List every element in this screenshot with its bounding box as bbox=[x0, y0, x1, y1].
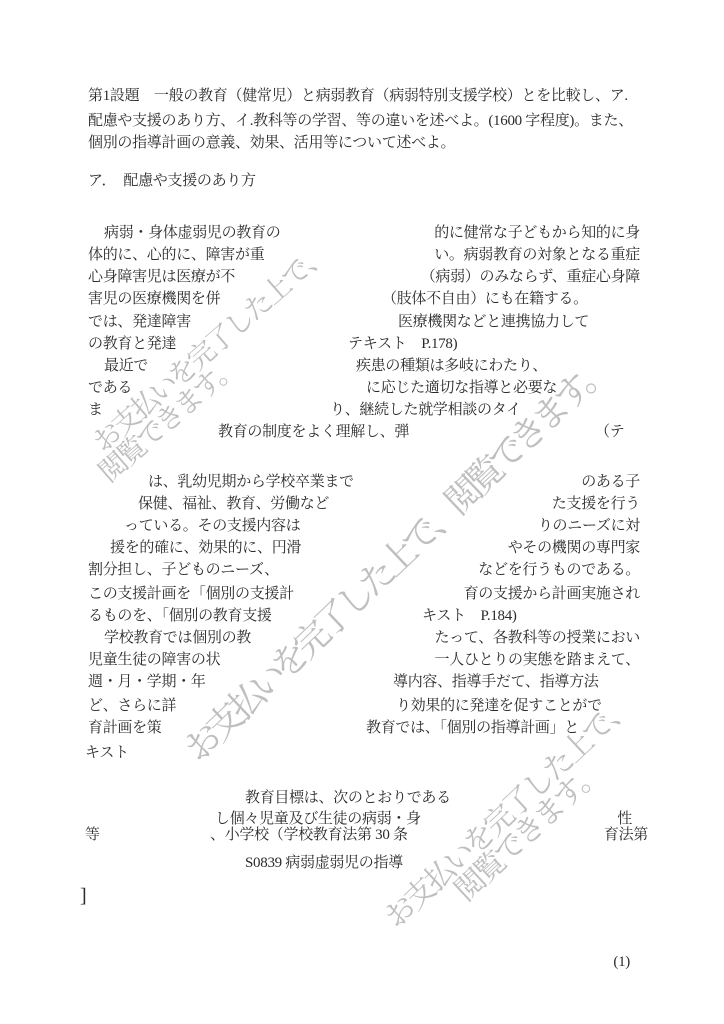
course-code-line: S0839 病弱虚弱児の指導 bbox=[0, 854, 724, 876]
text-fragment: やその機関の専門家 bbox=[508, 539, 640, 558]
body-row: 児童生徒の障害の状一人ひとりの実態を踏まえて、 bbox=[0, 651, 724, 673]
body-row: 最近で疾患の種類は多岐にわたり、 bbox=[0, 357, 724, 379]
text-fragment: S0839 病弱虚弱児の指導 bbox=[245, 854, 403, 873]
page-number-row: (1) bbox=[0, 953, 724, 975]
body-row: 心身障害児は医療が不（病弱）のみならず、重症心身障 bbox=[0, 268, 724, 290]
body-row: であるに応じた適切な指導と必要な bbox=[0, 379, 724, 401]
text-fragment: りのニーズに対 bbox=[538, 517, 640, 536]
body-row: 援を的確に、効果的に、円滑やその機関の専門家 bbox=[0, 539, 724, 561]
body-row: 教育目標は、次のとおりである bbox=[0, 789, 724, 811]
document-text-layer: 第1設題 一般の教育（健常児）と病弱教育（病弱特別支援学校）とを比較し、ア.配慮… bbox=[0, 0, 724, 1024]
text-fragment: 学校教育では個別の教 bbox=[104, 629, 251, 648]
text-fragment: の教育と発達 bbox=[88, 335, 176, 354]
text-fragment: っている。その支援内容は bbox=[124, 517, 300, 536]
text-fragment: この支援計画を「個別の支援計 bbox=[88, 585, 294, 604]
text-fragment: 病弱・身体虚弱児の教育の bbox=[104, 224, 280, 243]
body-row: 週・月・学期・年導内容、指導手だて、指導方法 bbox=[0, 673, 724, 695]
text-fragment: るものを、「個別の教育支援 bbox=[88, 607, 272, 626]
text-fragment: ど、さらに詳 bbox=[88, 697, 176, 716]
body-row: 学校教育では個別の教たって、各教科等の授業におい bbox=[0, 629, 724, 651]
text-fragment: 教育では、「個別の指導計画」と bbox=[366, 719, 579, 738]
text-fragment: 一人ひとりの実態を踏まえて、 bbox=[434, 651, 640, 670]
assignment-heading-line-1: 第1設題 一般の教育（健常児）と病弱教育（病弱特別支援学校）とを比較し、ア. bbox=[0, 87, 724, 109]
text-fragment: 導内容、指導手だて、指導方法 bbox=[393, 673, 599, 692]
body-row: まり、継続した就学相談のタイ bbox=[0, 401, 724, 423]
text-fragment: 、小学校（学校教育法第 30 条 bbox=[210, 826, 408, 845]
document-page: お支払いを完了した上で、閲覧できます。お支払いを完了した上で、閲覧できます。お支… bbox=[0, 0, 724, 1024]
body-row: 害児の医療機関を併（肢体不自由）にも在籍する。 bbox=[0, 290, 724, 312]
text-fragment: 疾患の種類は多岐にわたり、 bbox=[356, 357, 547, 376]
text-fragment: 保健、福祉、教育、労働など bbox=[138, 495, 329, 514]
text-fragment: 個別の指導計画の意義、効果、活用等について述べよ。 bbox=[88, 134, 455, 153]
text-fragment: 教育の制度をよく理解し、弾 bbox=[218, 423, 409, 442]
text-fragment: 医療機関などと連携協力して bbox=[398, 313, 589, 332]
body-row: るものを、「個別の教育支援キスト P.184) bbox=[0, 607, 724, 629]
body-row: では、発達障害医療機関などと連携協力して bbox=[0, 313, 724, 335]
text-fragment: 育の支援から計画実施され bbox=[464, 585, 640, 604]
text-fragment: 配慮や支援のあり方、イ.教科等の学習、等の違いを述べよ。(1600 字程度)。ま… bbox=[88, 112, 633, 131]
text-fragment: に応じた適切な指導と必要な bbox=[366, 379, 557, 398]
text-fragment: キスト bbox=[85, 744, 129, 763]
body-row: の教育と発達テキスト P.178) bbox=[0, 335, 724, 357]
text-fragment: ] bbox=[80, 884, 86, 909]
body-row: この支援計画を「個別の支援計育の支援から計画実施され bbox=[0, 585, 724, 607]
text-fragment: テキスト P.178) bbox=[348, 335, 457, 354]
text-fragment: である bbox=[88, 379, 132, 398]
text-fragment: り効果的に発達を促すことがで bbox=[396, 697, 602, 716]
text-fragment: ア． 配慮や支援のあり方 bbox=[88, 172, 256, 191]
text-fragment: 育計画を策 bbox=[88, 719, 162, 738]
text-fragment: 教育目標は、次のとおりである bbox=[245, 789, 451, 808]
stray-bracket: ] bbox=[0, 884, 724, 906]
text-fragment: 育法第 bbox=[604, 826, 648, 845]
text-fragment: （病弱）のみならず、重症心身障 bbox=[421, 268, 640, 287]
body-row: 等、小学校（学校教育法第 30 条育法第 bbox=[0, 826, 724, 848]
text-fragment: （肢体不自由）にも在籍する。 bbox=[382, 290, 588, 309]
text-fragment: 第1設題 一般の教育（健常児）と病弱教育（病弱特別支援学校）とを比較し、ア. bbox=[88, 87, 628, 106]
text-fragment: 割分担し、子どものニーズ、 bbox=[88, 561, 279, 580]
body-row: キスト bbox=[0, 744, 724, 766]
body-row: は、乳幼児期から学校卒業までのある子 bbox=[0, 473, 724, 495]
text-fragment: のある子 bbox=[581, 473, 640, 492]
text-fragment: たって、各教科等の授業におい bbox=[434, 629, 640, 648]
section-a-heading: ア． 配慮や支援のあり方 bbox=[0, 172, 724, 194]
text-fragment: （テ bbox=[595, 423, 624, 442]
text-fragment: などを行うものである。 bbox=[478, 561, 640, 580]
assignment-heading-line-3: 個別の指導計画の意義、効果、活用等について述べよ。 bbox=[0, 134, 724, 156]
text-fragment: 体的に、心的に、障害が重 bbox=[88, 246, 264, 265]
body-row: 保健、福祉、教育、労働などた支援を行う bbox=[0, 495, 724, 517]
assignment-heading-line-2: 配慮や支援のあり方、イ.教科等の学習、等の違いを述べよ。(1600 字程度)。ま… bbox=[0, 112, 724, 134]
text-fragment: 援を的確に、効果的に、円滑 bbox=[110, 539, 301, 558]
text-fragment: 害児の医療機関を併 bbox=[88, 290, 220, 309]
text-fragment: り、継続した就学相談のタイ bbox=[330, 401, 521, 420]
text-fragment: 児童生徒の障害の状 bbox=[88, 651, 220, 670]
text-fragment: た支援を行う bbox=[552, 495, 640, 514]
text-fragment: は、乳幼児期から学校卒業まで bbox=[148, 473, 354, 492]
text-fragment: 等 bbox=[85, 826, 100, 845]
body-row: 病弱・身体虚弱児の教育の的に健常な子どもから知的に身 bbox=[0, 224, 724, 246]
body-row: 体的に、心的に、障害が重い。病弱教育の対象となる重症 bbox=[0, 246, 724, 268]
body-row: 割分担し、子どものニーズ、などを行うものである。 bbox=[0, 561, 724, 583]
text-fragment: 心身障害児は医療が不 bbox=[88, 268, 235, 287]
body-row: 教育の制度をよく理解し、弾（テ bbox=[0, 423, 724, 445]
text-fragment: 週・月・学期・年 bbox=[88, 673, 206, 692]
text-fragment: 最近で bbox=[104, 357, 148, 376]
text-fragment: い。病弱教育の対象となる重症 bbox=[434, 246, 640, 265]
text-fragment: 的に健常な子どもから知的に身 bbox=[434, 224, 640, 243]
body-row: 育計画を策教育では、「個別の指導計画」と bbox=[0, 719, 724, 741]
text-fragment: ま bbox=[88, 401, 103, 420]
body-row: ど、さらに詳り効果的に発達を促すことがで bbox=[0, 697, 724, 719]
text-fragment: (1) bbox=[613, 953, 630, 972]
text-fragment: キスト P.184) bbox=[422, 607, 517, 626]
body-row: っている。その支援内容はりのニーズに対 bbox=[0, 517, 724, 539]
text-fragment: では、発達障害 bbox=[88, 313, 191, 332]
